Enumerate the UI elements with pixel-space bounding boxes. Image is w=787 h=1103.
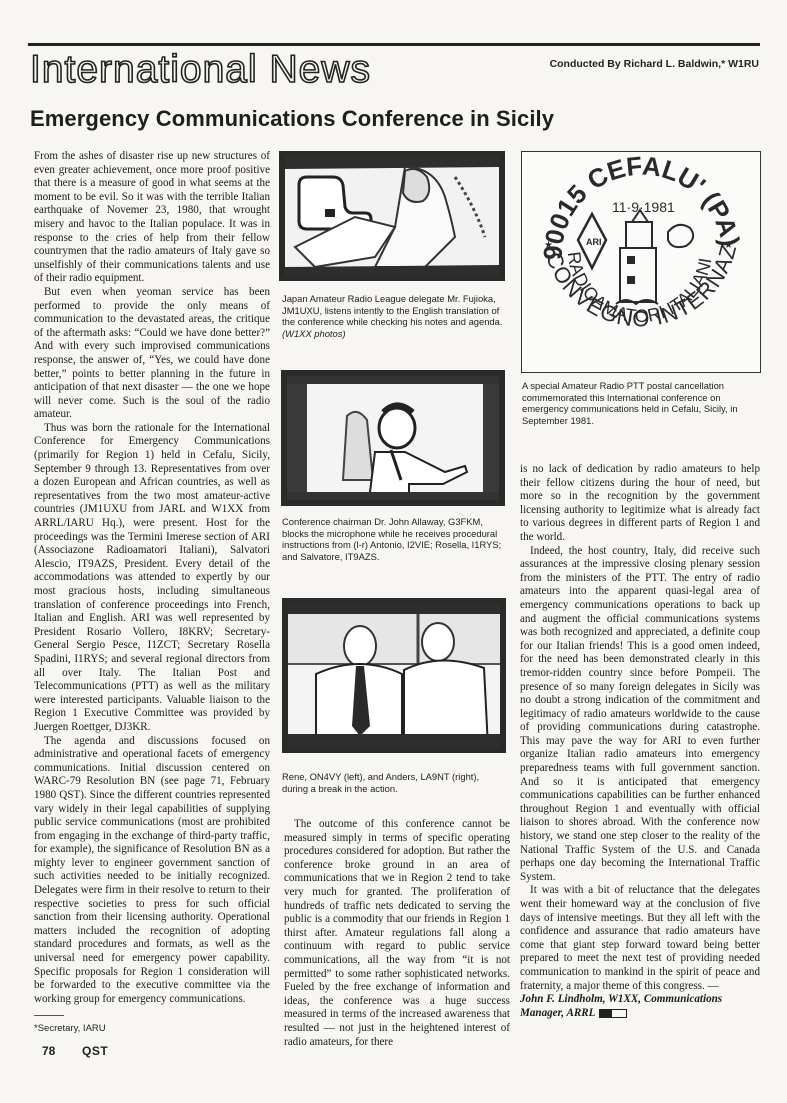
svg-text:ARI: ARI xyxy=(586,237,602,247)
stamp-caption: A special Amateur Radio PTT postal cance… xyxy=(522,380,762,426)
photo-rene-anders xyxy=(282,598,506,753)
trinacria-emblem-icon xyxy=(668,225,693,247)
star-icon: ★ xyxy=(724,240,733,251)
photo-fujioka xyxy=(279,151,505,281)
photo-caption-2: Conference chairman Dr. John Allaway, G3… xyxy=(282,516,507,562)
stamp-image: 90015 CEFALU' (PA) CONVEGNO INTERNAZIONA… xyxy=(522,152,759,371)
paragraph: From the ashes of disaster rise up new s… xyxy=(34,150,270,286)
article-column-2: The outcome of this conference cannot be… xyxy=(284,818,510,1049)
photo-two-men-image xyxy=(288,604,500,747)
paragraph: Thus was born the rationale for the Inte… xyxy=(34,422,270,735)
conducted-by-byline: Conducted By Richard L. Baldwin,* W1RU xyxy=(550,58,759,70)
page-number: 78 xyxy=(42,1044,55,1058)
paragraph: But even when yeoman service has been pe… xyxy=(34,286,270,422)
paragraph: The outcome of this conference cannot be… xyxy=(284,818,510,1049)
photo-delegate-listening-image xyxy=(285,157,499,275)
department-title: International News xyxy=(30,50,371,89)
star-icon: ★ xyxy=(544,240,553,251)
paragraph: is no lack of dedication by radio amateu… xyxy=(520,463,760,545)
article-headline: Emergency Communications Conference in S… xyxy=(30,106,554,132)
magazine-name: QST xyxy=(82,1044,108,1058)
postal-cancellation-stamp: 90015 CEFALU' (PA) CONVEGNO INTERNAZIONA… xyxy=(521,151,761,373)
article-column-3: is no lack of dedication by radio amateu… xyxy=(520,463,760,1020)
header-rule xyxy=(28,43,760,46)
paragraph: The agenda and discussions focused on ad… xyxy=(34,735,270,1007)
caption-text: Japan Amateur Radio League delegate Mr. … xyxy=(282,293,502,327)
photo-caption-1: Japan Amateur Radio League delegate Mr. … xyxy=(282,293,507,339)
end-of-article-icon xyxy=(599,1009,627,1018)
footnote: *Secretary, IARU xyxy=(34,1023,106,1034)
stamp-date: 11·9·1981 xyxy=(612,199,675,215)
article-column-1: From the ashes of disaster rise up new s… xyxy=(34,150,270,1006)
footnote-rule xyxy=(34,1015,64,1016)
photo-credit: (W1XX photos) xyxy=(282,328,346,339)
photo-chairman-microphone-image xyxy=(287,376,499,500)
paragraph: Indeed, the host country, Italy, did rec… xyxy=(520,545,760,885)
paragraph: It was with a bit of reluctance that the… xyxy=(520,884,760,993)
photo-allaway xyxy=(281,370,505,506)
photo-caption-3: Rene, ON4VY (left), and Anders, LA9NT (r… xyxy=(282,771,507,794)
